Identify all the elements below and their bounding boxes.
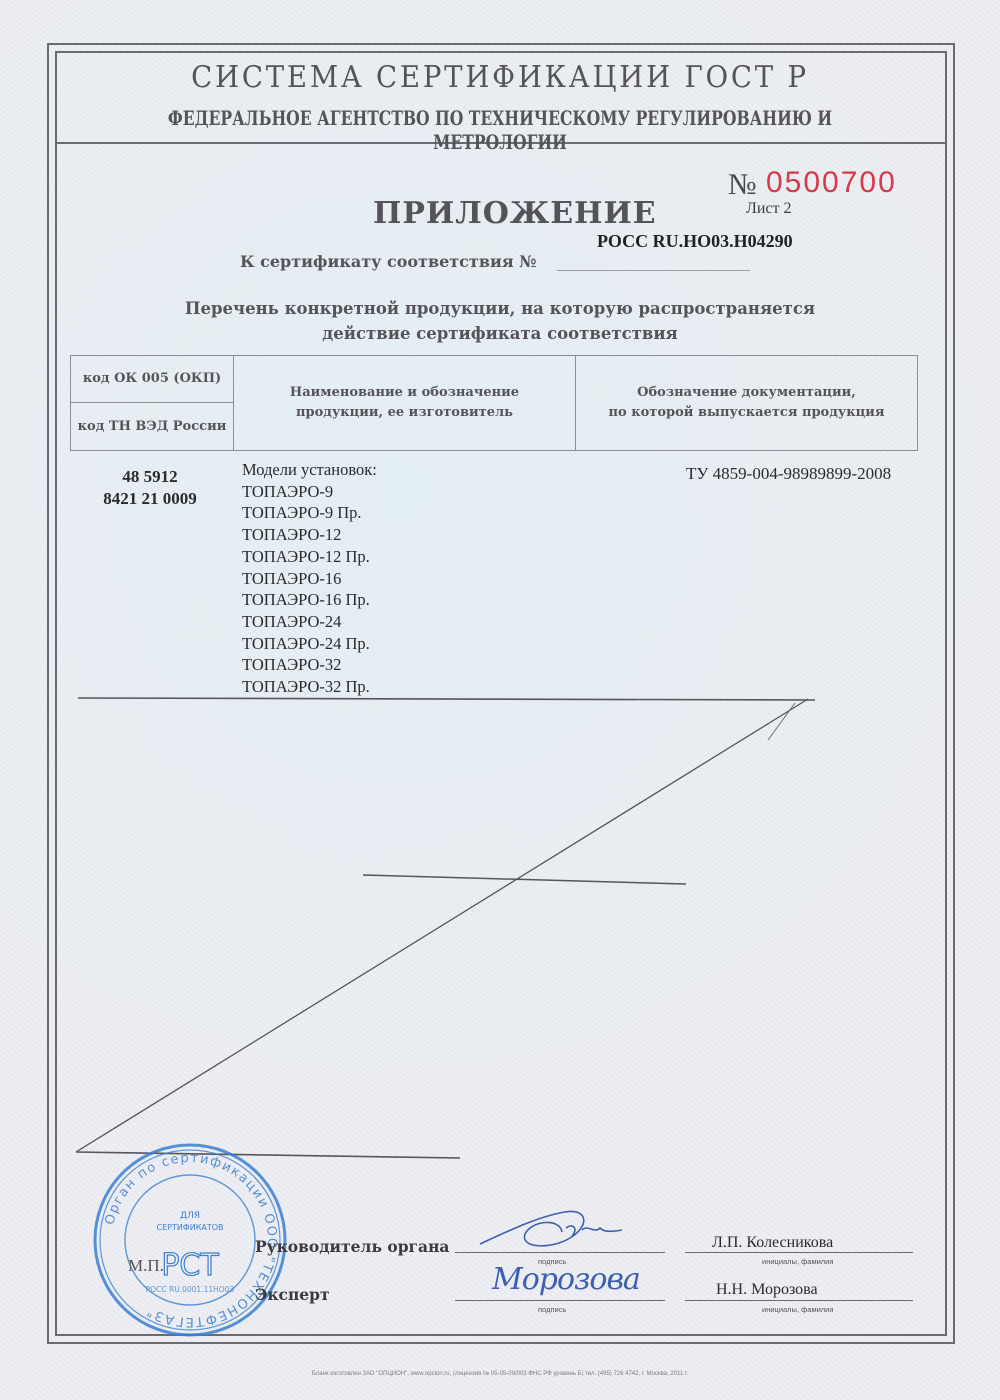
model-item: ТОПАЭРО-9 xyxy=(242,481,377,503)
okp-code-header: код ОК 005 (ОКП) xyxy=(83,369,221,389)
expert-name-caption: инициалы, фамилия xyxy=(762,1305,833,1314)
expert-signature: Морозова xyxy=(492,1262,640,1297)
sheet-number: Лист 2 xyxy=(746,200,792,218)
expert-role: Эксперт xyxy=(255,1285,330,1304)
models-list: Модели установок: ТОПАЭРО-9ТОПАЭРО-9 Пр.… xyxy=(242,459,377,698)
certificate-number-underline xyxy=(557,270,750,271)
tn-ved-code-header: код ТН ВЭД России xyxy=(78,417,227,437)
product-name-header: Наименование и обозначение продукции, ее… xyxy=(290,383,519,423)
svg-text:Орган по сертификации ООО "ТЕХ: Орган по сертификации ООО "ТЕХНОНЕФТЕГАЗ… xyxy=(103,1151,280,1329)
product-list-title-line2: действие сертификата соответствия xyxy=(0,321,1000,346)
appendix-title: ПРИЛОЖЕНИЕ xyxy=(373,196,657,231)
expert-name: Н.Н. Морозова xyxy=(716,1281,818,1299)
model-item: ТОПАЭРО-32 Пр. xyxy=(242,676,377,698)
to-certificate-label: К сертификату соответствия № xyxy=(240,252,537,271)
okp-code: 48 5912 xyxy=(70,466,230,488)
products-table-header: код ОК 005 (ОКП) код ТН ВЭД России Наиме… xyxy=(70,355,918,451)
head-role: Руководитель органа xyxy=(255,1237,449,1256)
seal-label: М.П. xyxy=(128,1256,164,1276)
expert-signature-caption: подпись xyxy=(538,1305,566,1314)
stamp-inner-middle: СЕРТИФИКАТОВ xyxy=(156,1223,223,1232)
certificate-number: РОСС RU.НО03.Н04290 xyxy=(597,231,793,252)
models-label: Модели установок: xyxy=(242,459,377,481)
stamp-pct-mark: PCT xyxy=(161,1248,219,1283)
model-item: ТОПАЭРО-24 xyxy=(242,611,377,633)
expert-name-line xyxy=(685,1300,913,1301)
product-codes: 48 5912 8421 21 0009 xyxy=(70,466,230,510)
model-item: ТОПАЭРО-16 xyxy=(242,568,377,590)
model-item: ТОПАЭРО-24 Пр. xyxy=(242,633,377,655)
tn-ved-code: 8421 21 0009 xyxy=(70,488,230,510)
model-item: ТОПАЭРО-12 Пр. xyxy=(242,546,377,568)
form-printer-footer: Бланк изготовлен ЗАО "ОПЦИОН", www.opcio… xyxy=(0,1371,1000,1377)
head-name: Л.П. Колесникова xyxy=(712,1234,833,1252)
product-list-title: Перечень конкретной продукции, на котору… xyxy=(0,296,1000,346)
head-signature xyxy=(470,1208,640,1256)
stamp-inner-top: ДЛЯ xyxy=(180,1211,200,1221)
form-serial-number: 0500700 xyxy=(766,166,897,200)
head-name-line xyxy=(685,1252,913,1253)
expert-signature-line xyxy=(455,1300,665,1301)
model-item: ТОПАЭРО-16 Пр. xyxy=(242,589,377,611)
stamp-code: РОСС RU.0001.11НО03 xyxy=(146,1285,235,1294)
model-item: ТОПАЭРО-9 Пр. xyxy=(242,502,377,524)
head-name-caption: инициалы, фамилия xyxy=(762,1257,833,1266)
model-item: ТОПАЭРО-32 xyxy=(242,654,377,676)
system-title: СИСТЕМА СЕРТИФИКАЦИИ ГОСТ Р xyxy=(40,60,960,95)
model-item: ТОПАЭРО-12 xyxy=(242,524,377,546)
stamp-outer-text: Орган по сертификации ООО "ТЕХНОНЕФТЕГАЗ… xyxy=(103,1151,280,1329)
product-list-title-line1: Перечень конкретной продукции, на котору… xyxy=(0,296,1000,321)
documentation-header: Обозначение документации, по которой вып… xyxy=(609,383,885,423)
number-sign: № xyxy=(728,168,757,202)
agency-title: ФЕДЕРАЛЬНОЕ АГЕНТСТВО ПО ТЕХНИЧЕСКОМУ РЕ… xyxy=(110,106,890,154)
documentation-value: ТУ 4859-004-98989899-2008 xyxy=(686,464,891,484)
code-column-header: код ОК 005 (ОКП) код ТН ВЭД России xyxy=(71,356,234,450)
